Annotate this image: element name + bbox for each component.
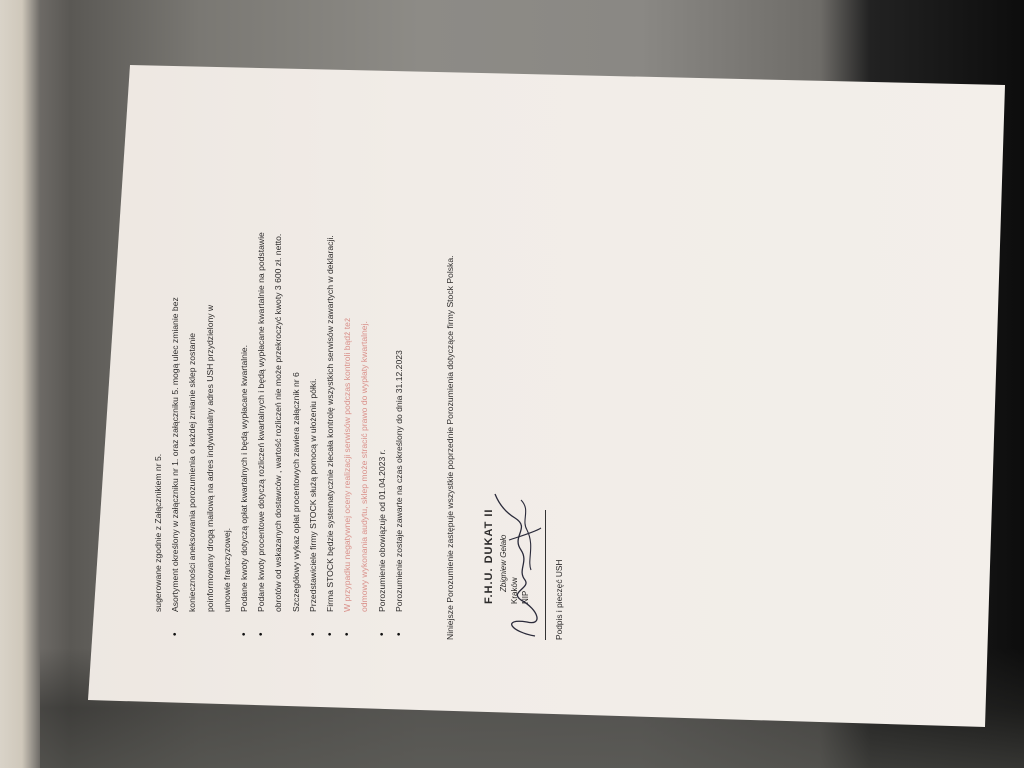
signature-line	[545, 510, 546, 640]
signature-caption: Podpis i pieczęć USH	[551, 559, 568, 640]
list-item: konieczności aneksowania porozumienia o …	[184, 120, 201, 640]
list-item: Przedstawiciele firmy STOCK służą pomocą…	[305, 120, 322, 640]
list-item: odmowy wykonania audytu, sklep może stra…	[356, 120, 373, 640]
document-body: sugerowane zgodnie z Załącznikiem nr 5.A…	[150, 120, 571, 640]
handwritten-signature	[491, 490, 547, 640]
list-item: umowie franczyzowej.	[219, 120, 236, 640]
list-item: W przypadku negatywnej oceny realizacji …	[339, 120, 356, 640]
terms-list: sugerowane zgodnie z Załącznikiem nr 5.A…	[150, 120, 408, 640]
list-item: Porozumienie zostaje zawarte na czas okr…	[391, 120, 408, 640]
list-item: poinformowany drogą mailową na adres ind…	[202, 120, 219, 640]
list-item: Asortyment określony w załączniku nr 1. …	[167, 120, 184, 640]
list-item: Porozumienie obowiązuje od 01.04.2023 r.	[374, 120, 391, 640]
list-item: Podane kwoty procentowe dotyczą rozlicze…	[253, 120, 270, 640]
list-item: Firma STOCK będzie systematycznie zlecał…	[322, 120, 339, 640]
list-item: sugerowane zgodnie z Załącznikiem nr 5.	[150, 120, 167, 640]
list-item: obrotów od wskazanych dostawców , wartoś…	[270, 120, 287, 640]
final-statement: Niniejsze Porozumienie zastępuje wszystk…	[442, 120, 459, 640]
list-item: Szczegółowy wykaz opłat procentowych zaw…	[288, 120, 305, 640]
list-item: Podane kwoty dotyczą opłat kwartalnych i…	[236, 120, 253, 640]
signature-block: F.H.U. DUKAT II Zbigniew Gelało Kraków N…	[481, 120, 571, 640]
